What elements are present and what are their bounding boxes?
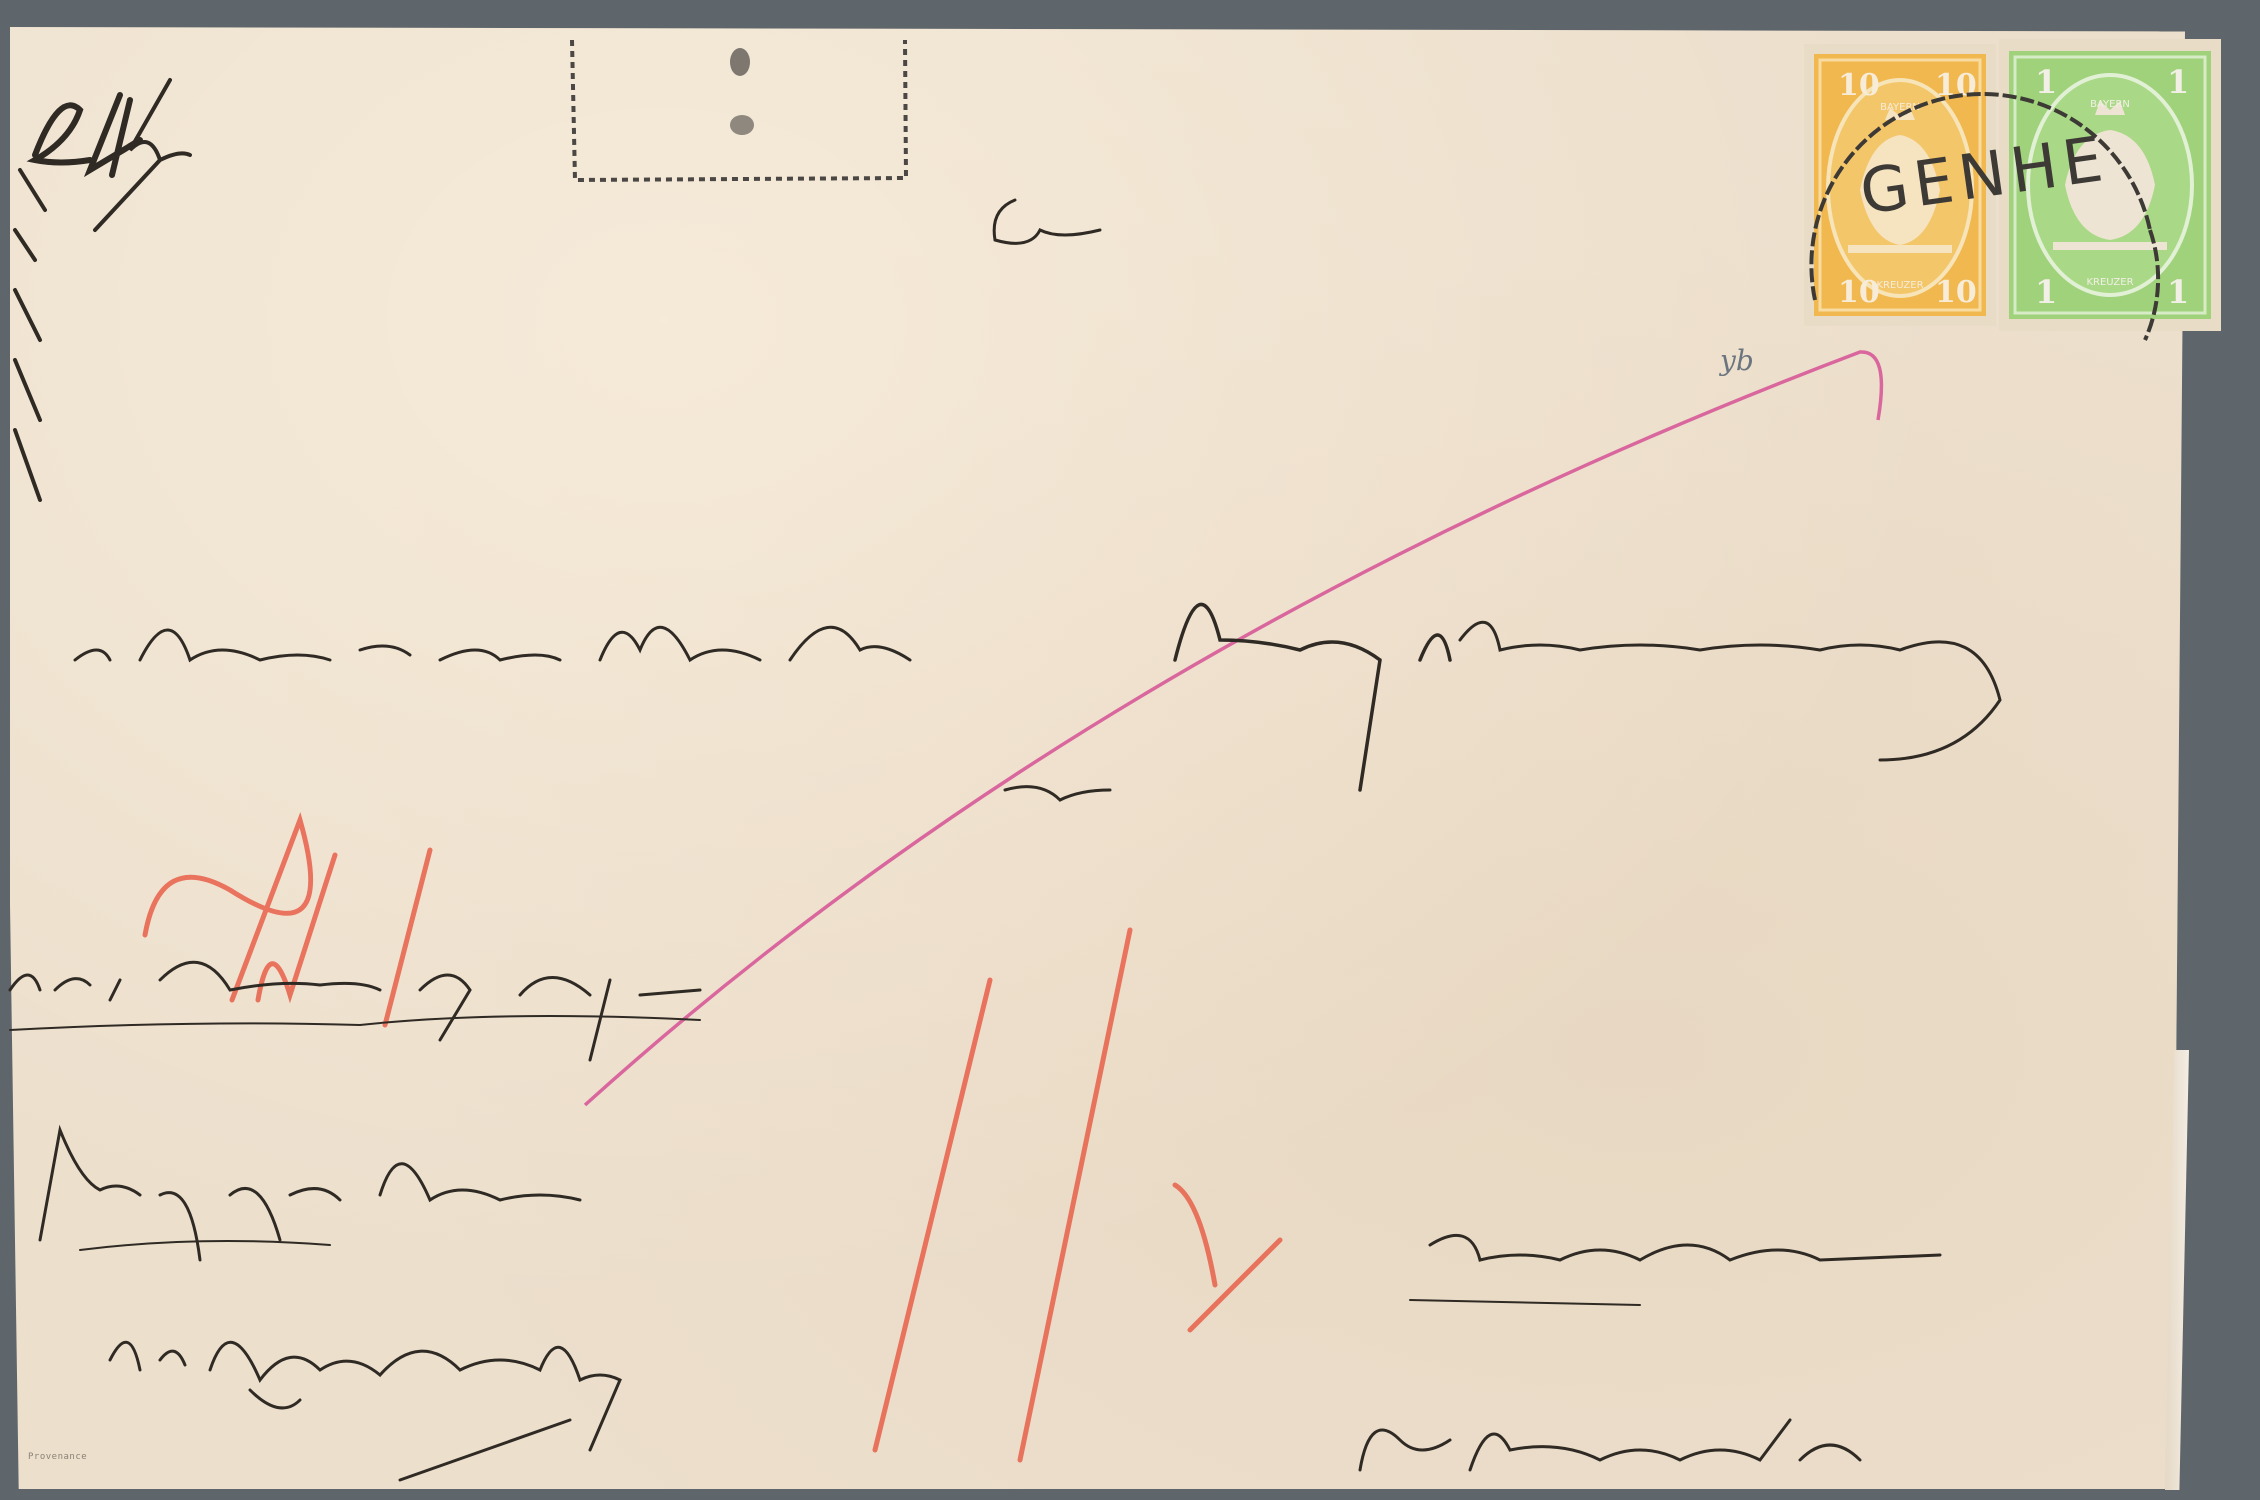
cover-markings: GENHE No 11. <box>0 0 2260 1500</box>
provenance-caption: Provenance <box>28 1452 87 1462</box>
postmark-town-text: GENHE <box>1856 122 2113 229</box>
photo-scene: 10 10 10 10 BAYERN KREUZER 1 1 1 1 BAYER… <box>0 0 2260 1500</box>
pink-diagonal-line <box>585 352 1881 1105</box>
small-pencil-mark: yb <box>1718 344 1754 377</box>
